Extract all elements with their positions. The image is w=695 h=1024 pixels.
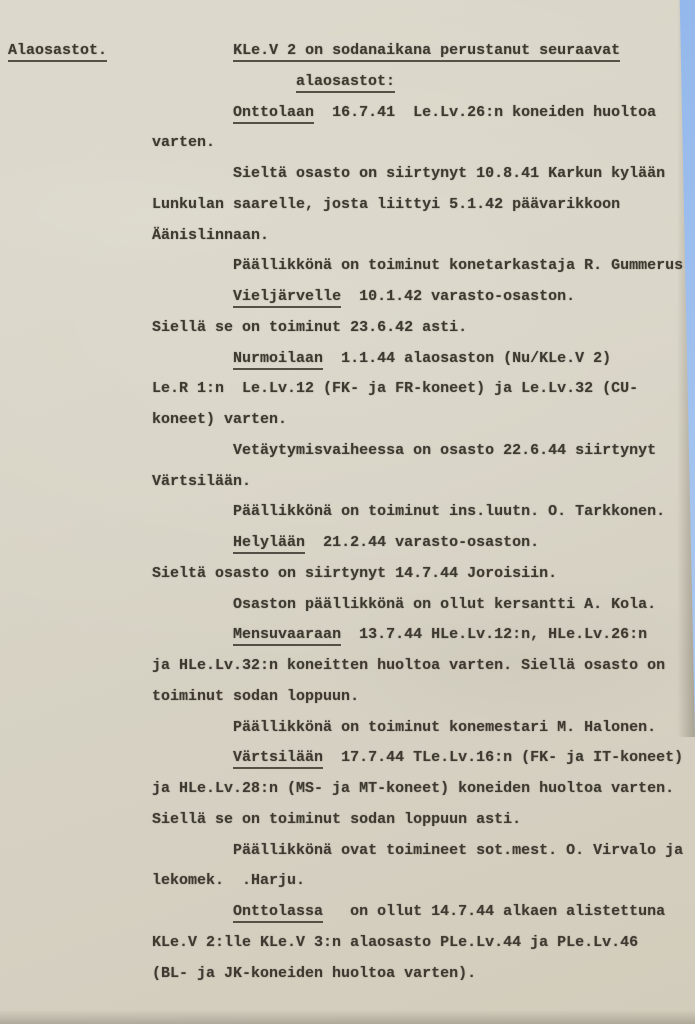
document-line: Päällikkönä on toiminut konemestari M. H… xyxy=(8,713,695,744)
document-line: Alaosastot. KLe.V 2 on sodanaikana perus… xyxy=(8,36,695,67)
text-segment: toiminut sodan loppuun. xyxy=(152,688,359,705)
text-segment: on ollut 14.7.44 alkaen alistettuna xyxy=(323,903,665,920)
document-line: Mensuvaaraan 13.7.44 HLe.Lv.12:n, HLe.Lv… xyxy=(8,620,695,651)
text-segment xyxy=(8,319,152,336)
underlined-text: Vieljärvelle xyxy=(233,288,341,308)
text-segment xyxy=(8,657,152,674)
text-segment xyxy=(8,473,152,490)
text-segment: 10.1.42 varasto-osaston. xyxy=(341,288,575,305)
document-line: Le.R 1:n Le.Lv.12 (FK- ja FR-koneet) ja … xyxy=(8,374,695,405)
text-segment xyxy=(8,257,233,274)
document-line: Sieltä osasto on siirtynyt 14.7.44 Joroi… xyxy=(8,559,695,590)
text-segment xyxy=(8,811,152,828)
document-line: Osaston päällikkönä on ollut kersantti A… xyxy=(8,590,695,621)
text-segment: Päällikkönä on toiminut konetarkastaja R… xyxy=(233,257,683,274)
text-segment: Vetäytymisvaiheessa on osasto 22.6.44 si… xyxy=(233,442,656,459)
text-segment: 16.7.41 Le.Lv.26:n koneiden huoltoa xyxy=(314,104,656,121)
document-line: Äänislinnaan. xyxy=(8,221,695,252)
text-segment xyxy=(8,288,233,305)
text-segment: ja HLe.Lv.32:n koneitten huoltoa varten.… xyxy=(152,657,665,674)
document-line: Lunkulan saarelle, josta liittyi 5.1.42 … xyxy=(8,190,695,221)
text-segment: Lunkulan saarelle, josta liittyi 5.1.42 … xyxy=(152,196,620,213)
text-segment: 21.2.44 varasto-osaston. xyxy=(305,534,539,551)
document-line: toiminut sodan loppuun. xyxy=(8,682,695,713)
document-line: koneet) varten. xyxy=(8,405,695,436)
document-line: Siellä se on toiminut 23.6.42 asti. xyxy=(8,313,695,344)
document-line: Värtsilään 17.7.44 TLe.Lv.16:n (FK- ja I… xyxy=(8,743,695,774)
text-segment: Äänislinnaan. xyxy=(152,227,269,244)
underlined-text: alaosastot: xyxy=(296,73,395,93)
document-line: Helylään 21.2.44 varasto-osaston. xyxy=(8,528,695,559)
text-segment: varten. xyxy=(152,134,215,151)
document-line: ja HLe.Lv.32:n koneitten huoltoa varten.… xyxy=(8,651,695,682)
document-line: Vetäytymisvaiheessa on osasto 22.6.44 si… xyxy=(8,436,695,467)
text-segment xyxy=(8,380,152,397)
text-segment xyxy=(8,719,233,736)
document-line: Sieltä osasto on siirtynyt 10.8.41 Karku… xyxy=(8,159,695,190)
text-segment: Sieltä osasto on siirtynyt 14.7.44 Joroi… xyxy=(152,565,557,582)
document-line: Päällikkönä on toiminut konetarkastaja R… xyxy=(8,251,695,282)
text-segment xyxy=(8,350,233,367)
underlined-text: KLe.V 2 on sodanaikana perustanut seuraa… xyxy=(233,42,620,62)
document-line: varten. xyxy=(8,128,695,159)
text-segment xyxy=(8,842,233,859)
text-segment xyxy=(8,104,233,121)
text-segment xyxy=(8,227,152,244)
document-line: (BL- ja JK-koneiden huoltoa varten). xyxy=(8,959,695,990)
text-segment xyxy=(8,411,152,428)
text-segment xyxy=(8,872,152,889)
underlined-text: Helylään xyxy=(233,534,305,554)
scanned-paper: Alaosastot. KLe.V 2 on sodanaikana perus… xyxy=(0,0,695,1024)
text-segment: Päällikkönä on toiminut ins.luutn. O. Ta… xyxy=(233,503,665,520)
underlined-text: Nurmoilaan xyxy=(233,350,323,370)
text-segment: KLe.V 2:lle KLe.V 3:n alaosasto PLe.Lv.4… xyxy=(152,934,638,951)
text-segment: ja HLe.Lv.28:n (MS- ja MT-koneet) koneid… xyxy=(152,780,674,797)
underlined-text: Alaosastot. xyxy=(8,42,107,62)
underlined-text: Mensuvaaraan xyxy=(233,626,341,646)
text-segment xyxy=(8,903,233,920)
text-segment: Osaston päällikkönä on ollut kersantti A… xyxy=(233,596,656,613)
underlined-text: Onttolaan xyxy=(233,104,314,124)
document-line: KLe.V 2:lle KLe.V 3:n alaosasto PLe.Lv.4… xyxy=(8,928,695,959)
text-segment xyxy=(8,780,152,797)
text-segment: Siellä se on toiminut sodan loppuun asti… xyxy=(152,811,521,828)
document-line: Päällikkönä ovat toimineet sot.mest. O. … xyxy=(8,836,695,867)
text-segment: Värtsilään. xyxy=(152,473,251,490)
text-segment xyxy=(8,596,233,613)
text-segment: (BL- ja JK-koneiden huoltoa varten). xyxy=(152,965,476,982)
paper-bottom-shadow xyxy=(0,1010,695,1024)
document-line: Onttolaan 16.7.41 Le.Lv.26:n koneiden hu… xyxy=(8,98,695,129)
text-segment xyxy=(8,965,152,982)
text-segment: lekomek. .Harju. xyxy=(152,872,305,889)
document-line: Vieljärvelle 10.1.42 varasto-osaston. xyxy=(8,282,695,313)
text-segment xyxy=(8,749,233,766)
underlined-text: Onttolassa xyxy=(233,903,323,923)
text-segment: Sieltä osasto on siirtynyt 10.8.41 Karku… xyxy=(233,165,665,182)
text-segment: Siellä se on toiminut 23.6.42 asti. xyxy=(152,319,467,336)
document-line: alaosastot: xyxy=(8,67,695,98)
document-line: Onttolassa on ollut 14.7.44 alkaen alist… xyxy=(8,897,695,928)
text-segment: 1.1.44 alaosaston (Nu/KLe.V 2) xyxy=(323,350,611,367)
document-line: ja HLe.Lv.28:n (MS- ja MT-koneet) koneid… xyxy=(8,774,695,805)
text-segment xyxy=(107,42,233,59)
text-segment: koneet) varten. xyxy=(152,411,287,428)
text-segment xyxy=(8,165,233,182)
text-segment xyxy=(8,934,152,951)
document-text: Alaosastot. KLe.V 2 on sodanaikana perus… xyxy=(8,36,695,989)
document-line: Päällikkönä on toiminut ins.luutn. O. Ta… xyxy=(8,497,695,528)
text-segment: 13.7.44 HLe.Lv.12:n, HLe.Lv.26:n xyxy=(341,626,647,643)
text-segment xyxy=(8,503,233,520)
text-segment: 17.7.44 TLe.Lv.16:n (FK- ja IT-koneet) xyxy=(323,749,683,766)
text-segment xyxy=(8,73,296,90)
text-segment xyxy=(8,626,233,643)
text-segment: Päällikkönä on toiminut konemestari M. H… xyxy=(233,719,656,736)
text-segment xyxy=(8,134,152,151)
text-segment xyxy=(8,688,152,705)
text-segment xyxy=(8,442,233,459)
document-line: Värtsilään. xyxy=(8,467,695,498)
text-segment xyxy=(8,196,152,213)
underlined-text: Värtsilään xyxy=(233,749,323,769)
text-segment: Le.R 1:n Le.Lv.12 (FK- ja FR-koneet) ja … xyxy=(152,380,638,397)
document-line: lekomek. .Harju. xyxy=(8,866,695,897)
text-segment: Päällikkönä ovat toimineet sot.mest. O. … xyxy=(233,842,683,859)
document-line: Nurmoilaan 1.1.44 alaosaston (Nu/KLe.V 2… xyxy=(8,344,695,375)
text-segment xyxy=(8,534,233,551)
document-line: Siellä se on toiminut sodan loppuun asti… xyxy=(8,805,695,836)
text-segment xyxy=(8,565,152,582)
